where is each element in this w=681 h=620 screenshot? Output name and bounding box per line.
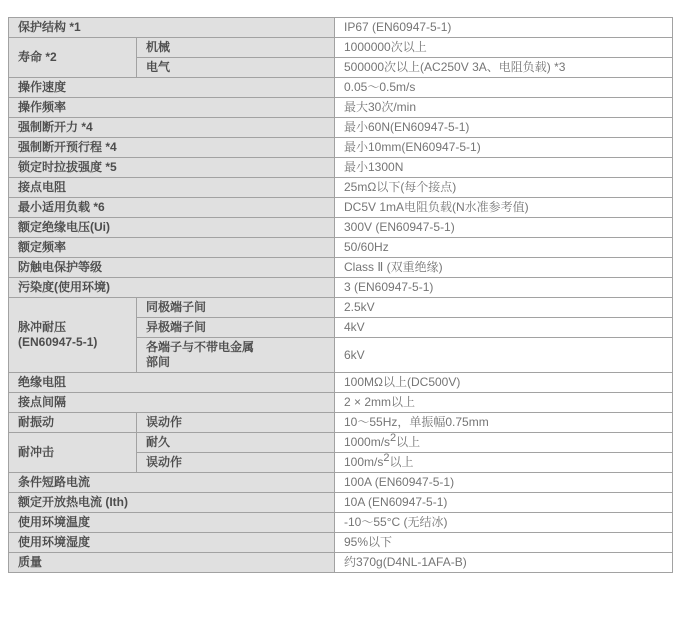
spec-label-cell: 操作频率 — [9, 98, 335, 118]
spec-value-cell: 0.05～0.5m/s — [335, 78, 673, 98]
spec-label-cell: 额定频率 — [9, 238, 335, 258]
spec-value-cell: 500000次以上(AC250V 3A、电阻负载) *3 — [335, 58, 673, 78]
spec-label-cell: 额定绝缘电压(Ui) — [9, 218, 335, 238]
page: 保护结构 *1IP67 (EN60947-5-1)寿命 *2机械1000000次… — [0, 0, 681, 620]
spec-value-cell: 10A (EN60947-5-1) — [335, 493, 673, 513]
spec-value-cell: 100MΩ以上(DC500V) — [335, 373, 673, 393]
spec-label-cell: 使用环境湿度 — [9, 533, 335, 553]
spec-label-cell: 使用环境温度 — [9, 513, 335, 533]
spec-label-cell: 锁定时拉拔强度 *5 — [9, 158, 335, 178]
spec-value-cell: 100m/s2以上 — [335, 453, 673, 473]
spec-value-cell: 1000m/s2以上 — [335, 433, 673, 453]
spec-value-cell: 最小60N(EN60947-5-1) — [335, 118, 673, 138]
table-row: 耐振动误动作10～55Hz，单振幅0.75mm — [9, 413, 673, 433]
spec-value-cell: 100A (EN60947-5-1) — [335, 473, 673, 493]
spec-label-cell: 强制断开力 *4 — [9, 118, 335, 138]
table-row: 操作频率最大30次/min — [9, 98, 673, 118]
spec-value-cell: Class Ⅱ (双重绝缘) — [335, 258, 673, 278]
table-row: 条件短路电流100A (EN60947-5-1) — [9, 473, 673, 493]
spec-value-cell: 95%以下 — [335, 533, 673, 553]
spec-table: 保护结构 *1IP67 (EN60947-5-1)寿命 *2机械1000000次… — [8, 17, 673, 573]
spec-sublabel-cell: 误动作 — [137, 413, 335, 433]
spec-sublabel-cell: 耐久 — [137, 433, 335, 453]
table-row: 耐冲击耐久1000m/s2以上 — [9, 433, 673, 453]
spec-label-cell: 接点电阻 — [9, 178, 335, 198]
spec-label-cell: 质量 — [9, 553, 335, 573]
table-row: 额定绝缘电压(Ui)300V (EN60947-5-1) — [9, 218, 673, 238]
spec-label-cell: 污染度(使用环境) — [9, 278, 335, 298]
spec-table-body: 保护结构 *1IP67 (EN60947-5-1)寿命 *2机械1000000次… — [9, 18, 673, 573]
spec-value-cell: 25mΩ以下(每个接点) — [335, 178, 673, 198]
table-row: 锁定时拉拔强度 *5最小1300N — [9, 158, 673, 178]
spec-sublabel-cell: 各端子与不带电金属 部间 — [137, 338, 335, 373]
table-row: 最小适用负载 *6DC5V 1mA电阻负载(N水准参考值) — [9, 198, 673, 218]
spec-value-cell: 2.5kV — [335, 298, 673, 318]
table-row: 使用环境湿度95%以下 — [9, 533, 673, 553]
table-row: 防触电保护等级Class Ⅱ (双重绝缘) — [9, 258, 673, 278]
table-row: 额定频率50/60Hz — [9, 238, 673, 258]
spec-sublabel-cell: 异极端子间 — [137, 318, 335, 338]
table-row: 脉冲耐压 (EN60947-5-1)同极端子间2.5kV — [9, 298, 673, 318]
spec-label-cell: 保护结构 *1 — [9, 18, 335, 38]
spec-value-cell: 4kV — [335, 318, 673, 338]
spec-sublabel-cell: 误动作 — [137, 453, 335, 473]
spec-label-cell: 操作速度 — [9, 78, 335, 98]
spec-sublabel-cell: 机械 — [137, 38, 335, 58]
spec-label-cell: 耐振动 — [9, 413, 137, 433]
spec-value-cell: 10～55Hz，单振幅0.75mm — [335, 413, 673, 433]
spec-label-cell: 绝缘电阻 — [9, 373, 335, 393]
table-row: 接点间隔2 × 2mm以上 — [9, 393, 673, 413]
spec-label-cell: 条件短路电流 — [9, 473, 335, 493]
table-row: 污染度(使用环境)3 (EN60947-5-1) — [9, 278, 673, 298]
spec-value-cell: 50/60Hz — [335, 238, 673, 258]
spec-label-cell: 最小适用负载 *6 — [9, 198, 335, 218]
spec-label-cell: 耐冲击 — [9, 433, 137, 473]
spec-value-cell: 最大30次/min — [335, 98, 673, 118]
superscript: 2 — [383, 453, 389, 465]
spec-value-cell: 6kV — [335, 338, 673, 373]
table-row: 保护结构 *1IP67 (EN60947-5-1) — [9, 18, 673, 38]
table-row: 质量约370g(D4NL-1AFA-B) — [9, 553, 673, 573]
spec-value-cell: 最小10mm(EN60947-5-1) — [335, 138, 673, 158]
spec-value-cell: 300V (EN60947-5-1) — [335, 218, 673, 238]
spec-value-cell: 约370g(D4NL-1AFA-B) — [335, 553, 673, 573]
spec-label-cell: 额定开放热电流 (Ith) — [9, 493, 335, 513]
table-row: 接点电阻25mΩ以下(每个接点) — [9, 178, 673, 198]
spec-sublabel-cell: 同极端子间 — [137, 298, 335, 318]
table-row: 使用环境温度-10～55°C (无结冰) — [9, 513, 673, 533]
spec-value-cell: -10～55°C (无结冰) — [335, 513, 673, 533]
table-row: 操作速度0.05～0.5m/s — [9, 78, 673, 98]
table-row: 额定开放热电流 (Ith)10A (EN60947-5-1) — [9, 493, 673, 513]
spec-value-cell: 最小1300N — [335, 158, 673, 178]
table-row: 寿命 *2机械1000000次以上 — [9, 38, 673, 58]
spec-value-cell: 1000000次以上 — [335, 38, 673, 58]
superscript: 2 — [390, 433, 396, 445]
spec-value-cell: IP67 (EN60947-5-1) — [335, 18, 673, 38]
spec-label-cell: 脉冲耐压 (EN60947-5-1) — [9, 298, 137, 373]
spec-value-cell: DC5V 1mA电阻负载(N水准参考值) — [335, 198, 673, 218]
spec-label-cell: 防触电保护等级 — [9, 258, 335, 278]
spec-label-cell: 强制断开预行程 *4 — [9, 138, 335, 158]
table-row: 强制断开力 *4最小60N(EN60947-5-1) — [9, 118, 673, 138]
spec-label-cell: 寿命 *2 — [9, 38, 137, 78]
table-row: 强制断开预行程 *4最小10mm(EN60947-5-1) — [9, 138, 673, 158]
spec-value-cell: 2 × 2mm以上 — [335, 393, 673, 413]
spec-label-cell: 接点间隔 — [9, 393, 335, 413]
table-row: 绝缘电阻100MΩ以上(DC500V) — [9, 373, 673, 393]
spec-sublabel-cell: 电气 — [137, 58, 335, 78]
spec-value-cell: 3 (EN60947-5-1) — [335, 278, 673, 298]
